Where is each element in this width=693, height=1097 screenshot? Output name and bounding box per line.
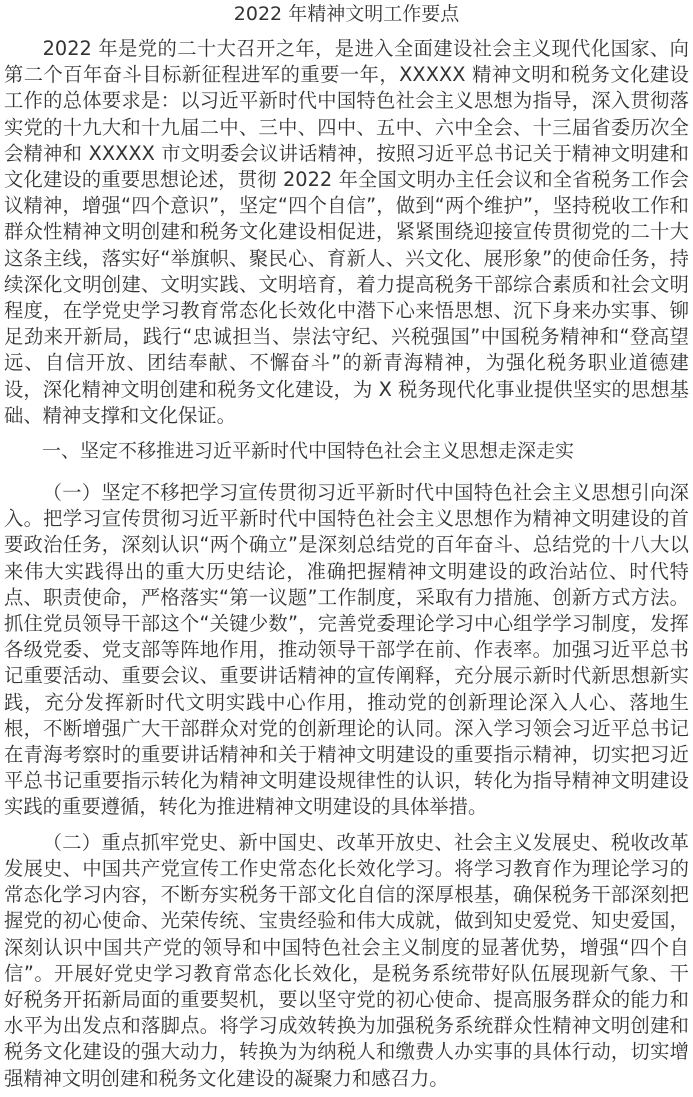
section-paragraph-2: （二）重点抓牢党史、新中国史、改革开放史、社会主义发展史、税收改革发展史、中国共… (4, 830, 689, 1092)
section-heading: 一、坚定不移推进习近平新时代中国特色社会主义思想走深走实 (4, 438, 689, 464)
document-title: 2022 年精神文明工作要点 (4, 1, 689, 27)
document-page: 2022 年精神文明工作要点 2022 年是党的二十大召开之年，是进入全面建设社… (0, 1, 693, 1092)
intro-paragraph: 2022 年是党的二十大召开之年，是进入全面建设社会主义现代化国家、向第二个百年… (4, 36, 689, 429)
section-paragraph-1: （一）坚定不移把学习宣传贯彻习近平新时代中国特色社会主义思想引向深入。把学习宣传… (4, 480, 689, 821)
